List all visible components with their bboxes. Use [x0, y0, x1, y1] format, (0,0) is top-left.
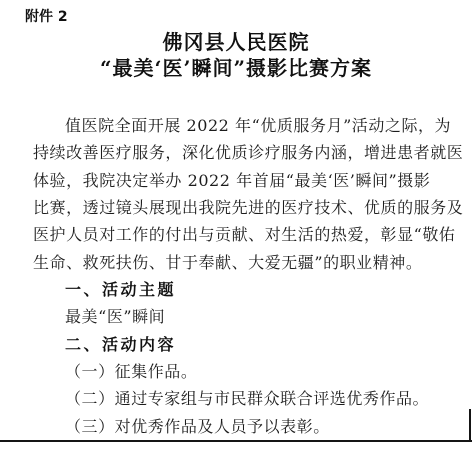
list-item: （三）对优秀作品及人员予以表彰。 — [33, 413, 448, 440]
document-page: 附件 2 佛冈县人民医院 “最美‘医’瞬间”摄影比赛方案 值医院全面开展 202… — [0, 0, 472, 449]
body-line: 体验，我院决定举办 2022 年首届“最美‘医’瞬间”摄影 — [33, 167, 448, 194]
list-item: （一）征集作品。 — [33, 358, 448, 385]
list-item: （二）通过专家组与市民群众联合评选优秀作品。 — [33, 385, 448, 412]
body-line: 医护人员对工作的付出与贡献、对生活的热爱，彰显“敬佑 — [33, 221, 448, 248]
section-heading-content: 二、活动内容 — [33, 331, 448, 358]
theme-text: 最美“医”瞬间 — [33, 303, 448, 330]
body-line: 生命、救死扶伤、甘于奉献、大爱无疆”的职业精神。 — [33, 249, 448, 276]
attachment-label: 附件 2 — [25, 6, 68, 26]
section-heading-theme: 一、活动主题 — [33, 276, 448, 303]
document-title: 佛冈县人民医院 “最美‘医’瞬间”摄影比赛方案 — [0, 29, 472, 81]
document-title-line1: 佛冈县人民医院 — [0, 29, 472, 55]
page-right-border — [469, 409, 471, 441]
document-title-line2: “最美‘医’瞬间”摄影比赛方案 — [0, 55, 472, 81]
page-bottom-border — [0, 440, 472, 442]
document-body: 值医院全面开展 2022 年“优质服务月”活动之际，为 持续改善医疗服务，深化优… — [33, 112, 448, 440]
body-line: 持续改善医疗服务，深化优质诊疗服务内涵，增进患者就医 — [33, 139, 448, 166]
body-line: 比赛，透过镜头展现出我院先进的医疗技术、优质的服务及 — [33, 194, 448, 221]
body-line: 值医院全面开展 2022 年“优质服务月”活动之际，为 — [33, 112, 448, 139]
